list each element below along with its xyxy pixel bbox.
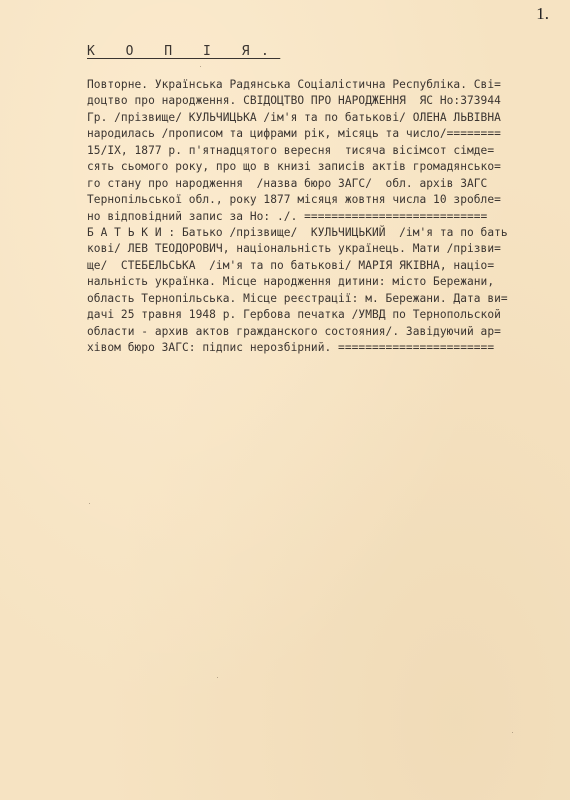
text-line: народилась /прописом та цифрами рік, міс…: [87, 126, 557, 142]
text-line: ще/ СТЕБЕЛЬСЬКА /ім'я та по батькові/ МА…: [87, 258, 557, 274]
page-number: 1.: [536, 4, 549, 24]
text-line: но відповідний запис за Но: ./. ========…: [87, 209, 557, 225]
text-line: область Тернопільська. Місце реєстрації:…: [87, 291, 557, 307]
paper-speck: [200, 66, 201, 67]
text-line: доцтво про народження. СВІДОЦТВО ПРО НАР…: [87, 93, 557, 109]
certificate-body: Повторне. Українська Радянська Соціаліст…: [87, 77, 557, 356]
text-line: го стану про народження /назва бюро ЗАГС…: [87, 176, 557, 192]
text-line: хівом бюро ЗАГС: підпис нерозбірний. ===…: [87, 340, 557, 356]
text-line: Гр. /прізвище/ КУЛЬЧИЦЬКА /ім'я та по ба…: [87, 110, 557, 126]
paper-speck: [89, 503, 90, 504]
text-line: области - архив актов гражданского состо…: [87, 324, 557, 340]
document-title: К О П І Я.: [87, 44, 280, 59]
text-line: кові/ ЛЕВ ТЕОДОРОВИЧ, національність укр…: [87, 241, 557, 257]
paper-speck: [512, 732, 513, 733]
paper-speck: [217, 677, 218, 678]
text-line: Б А Т Ь К И : Батько /прізвище/ КУЛЬЧИЦЬ…: [87, 225, 557, 241]
text-line: Тернопільської обл., року 1877 місяця жо…: [87, 192, 557, 208]
text-line: 15/IX, 1877 р. п'ятнадцятого вересня тис…: [87, 143, 557, 159]
text-line: нальність українка. Місце народження дит…: [87, 274, 557, 290]
text-line: сять сьомого року, про що в книзі записі…: [87, 159, 557, 175]
text-line: Повторне. Українська Радянська Соціаліст…: [87, 77, 557, 93]
text-line: дачі 25 травня 1948 р. Гербова печатка /…: [87, 307, 557, 323]
